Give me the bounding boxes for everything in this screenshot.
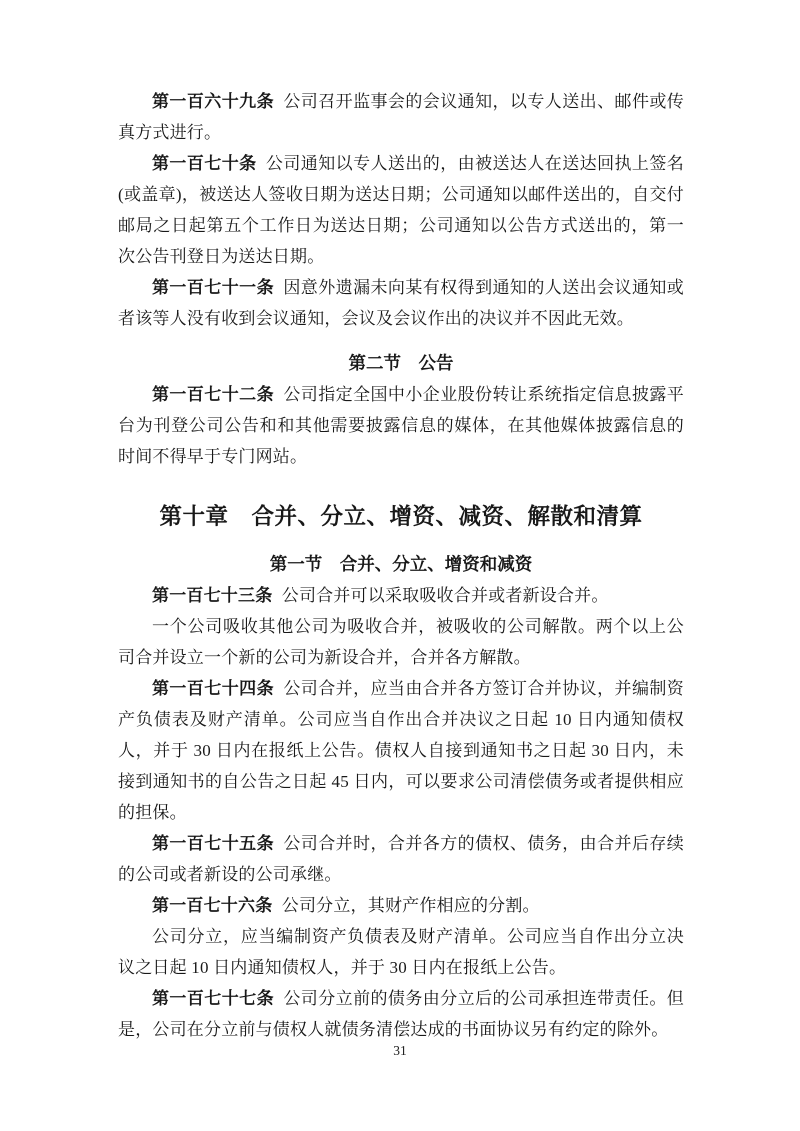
page-number: 31	[0, 1043, 800, 1059]
article-number: 第一百六十九条	[152, 92, 274, 111]
body-paragraph: 一个公司吸收其他公司为吸收合并，被吸收的公司解散。两个以上公司合并设立一个新的公…	[118, 611, 684, 673]
article-number: 第一百七十五条	[152, 834, 274, 853]
article-paragraph: 第一百七十七条公司分立前的债务由分立后的公司承担连带责任。但是，公司在分立前与债…	[118, 983, 684, 1045]
article-number: 第一百七十一条	[152, 278, 274, 297]
article-paragraph: 第一百七十六条公司分立，其财产作相应的分割。	[118, 890, 684, 921]
article-number: 第一百七十七条	[152, 989, 274, 1008]
document-content: 第一百六十九条公司召开监事会的会议通知，以专人送出、邮件或传真方式进行。第一百七…	[118, 86, 684, 1045]
article-paragraph: 第一百七十一条因意外遗漏未向某有权得到通知的人送出会议通知或者该等人没有收到会议…	[118, 272, 684, 334]
article-number: 第一百七十二条	[152, 385, 274, 404]
body-paragraph: 公司分立，应当编制资产负债表及财产清单。公司应当自作出分立决议之日起 10 日内…	[118, 921, 684, 983]
document-page: 第一百六十九条公司召开监事会的会议通知，以专人送出、邮件或传真方式进行。第一百七…	[0, 0, 800, 1131]
article-number: 第一百七十四条	[152, 679, 274, 698]
article-number: 第一百七十三条	[152, 586, 272, 605]
section-heading: 第一节 合并、分立、增资和减资	[118, 549, 684, 580]
article-paragraph: 第一百六十九条公司召开监事会的会议通知，以专人送出、邮件或传真方式进行。	[118, 86, 684, 148]
article-number: 第一百七十六条	[152, 896, 272, 915]
article-paragraph: 第一百七十条公司通知以专人送出的，由被送达人在送达回执上签名(或盖章)，被送达人…	[118, 148, 684, 272]
article-paragraph: 第一百七十四条公司合并，应当由合并各方签订合并协议，并编制资产负债表及财产清单。…	[118, 673, 684, 828]
article-paragraph: 第一百七十三条公司合并可以采取吸收合并或者新设合并。	[118, 580, 684, 611]
article-text: 公司合并，应当由合并各方签订合并协议，并编制资产负债表及财产清单。公司应当自作出…	[118, 679, 684, 822]
chapter-heading: 第十章 合并、分立、增资、减资、解散和清算	[118, 499, 684, 535]
article-number: 第一百七十条	[152, 154, 257, 173]
article-text: 公司分立，其财产作相应的分割。	[282, 896, 540, 915]
article-paragraph: 第一百七十二条公司指定全国中小企业股份转让系统指定信息披露平台为刊登公司公告和和…	[118, 379, 684, 472]
article-paragraph: 第一百七十五条公司合并时，合并各方的债权、债务，由合并后存续的公司或者新设的公司…	[118, 828, 684, 890]
section-heading: 第二节 公告	[118, 348, 684, 379]
article-text: 公司合并可以采取吸收合并或者新设合并。	[282, 586, 609, 605]
